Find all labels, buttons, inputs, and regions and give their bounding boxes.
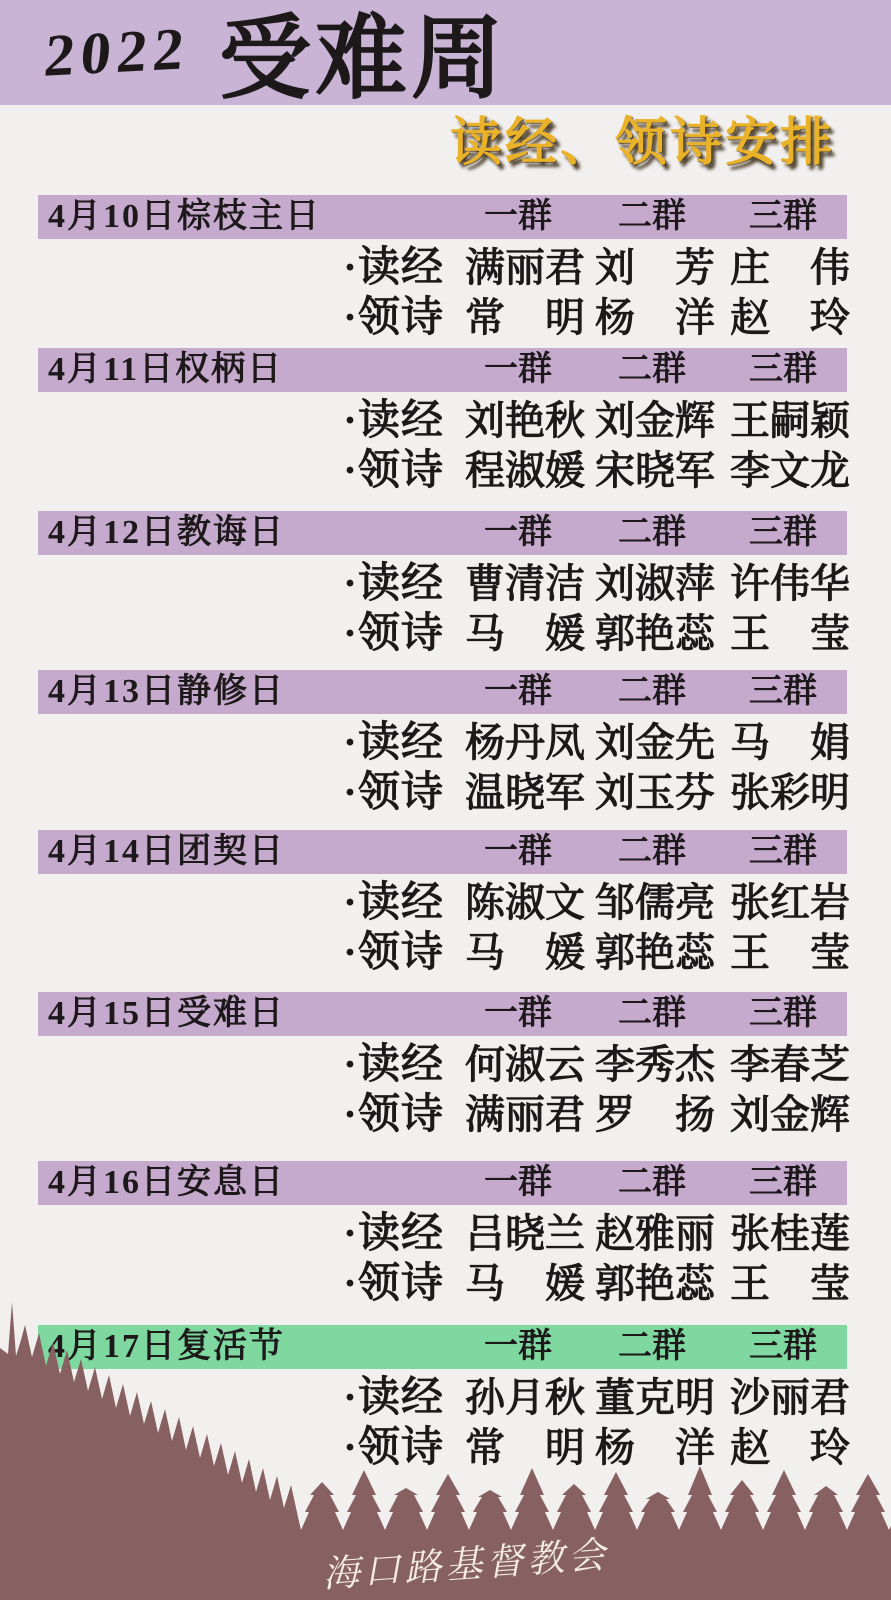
section-date: 4月12日教诲日 [48, 511, 285, 555]
schedule-section: 4月15日受难日 一群 二群 三群 ·读经 何淑云 李秀杰 李春芝 ·领诗 满丽… [0, 992, 891, 1152]
section-header-bar: 4月13日静修日 一群 二群 三群 [38, 670, 847, 714]
hymn-label: ·领诗 [343, 928, 444, 978]
poster-canvas: 2022 受难周 读经、领诗安排 4月10日棕枝主日 一群 二群 三群 ·读经 … [0, 0, 891, 1600]
hymn-label: ·领诗 [343, 768, 444, 818]
section-header-bar: 4月16日安息日 一群 二群 三群 [38, 1161, 847, 1205]
reading-name-group3: 王嗣颖 [705, 396, 875, 446]
group-header-2: 二群 [587, 1161, 717, 1205]
schedule-section: 4月17日复活节 一群 二群 三群 ·读经 孙月秋 董克明 沙丽君 ·领诗 常 … [0, 1325, 891, 1485]
reading-label: ·读经 [343, 1040, 444, 1090]
section-header-bar: 4月10日棕枝主日 一群 二群 三群 [38, 195, 847, 239]
hymn-name-group3: 王 莹 [705, 928, 875, 978]
reading-name-group3: 庄 伟 [705, 243, 875, 293]
group-header-2: 二群 [587, 670, 717, 714]
schedule-section: 4月11日权柄日 一群 二群 三群 ·读经 刘艳秋 刘金辉 王嗣颖 ·领诗 程淑… [0, 348, 891, 508]
group-header-3: 三群 [718, 1161, 848, 1205]
scripture-reading-row: ·读经 曹清洁 刘淑萍 许伟华 [0, 559, 891, 609]
schedule-section: 4月10日棕枝主日 一群 二群 三群 ·读经 满丽君 刘 芳 庄 伟 ·领诗 常… [0, 195, 891, 355]
reading-name-group3: 李春芝 [705, 1040, 875, 1090]
reading-name-group3: 张桂莲 [705, 1209, 875, 1259]
group-header-2: 二群 [587, 511, 717, 555]
hymn-label: ·领诗 [343, 1090, 444, 1140]
section-header-bar: 4月17日复活节 一群 二群 三群 [38, 1325, 847, 1369]
hymn-label: ·领诗 [343, 1423, 444, 1473]
hymn-leading-row: ·领诗 马 媛 郭艳蕊 王 莹 [0, 609, 891, 659]
section-date: 4月13日静修日 [48, 670, 285, 714]
section-date: 4月15日受难日 [48, 992, 285, 1036]
section-date: 4月10日棕枝主日 [48, 195, 321, 239]
scripture-reading-row: ·读经 杨丹凤 刘金先 马 娟 [0, 718, 891, 768]
group-header-3: 三群 [718, 348, 848, 392]
group-header-2: 二群 [587, 1325, 717, 1369]
section-header-bar: 4月15日受难日 一群 二群 三群 [38, 992, 847, 1036]
hymn-leading-row: ·领诗 常 明 杨 洋 赵 玲 [0, 293, 891, 343]
group-header-1: 一群 [453, 1161, 583, 1205]
section-date: 4月17日复活节 [48, 1325, 285, 1369]
hymn-name-group3: 张彩明 [705, 768, 875, 818]
section-date: 4月11日权柄日 [48, 348, 283, 392]
hymn-label: ·领诗 [343, 609, 444, 659]
hymn-leading-row: ·领诗 马 媛 郭艳蕊 王 莹 [0, 928, 891, 978]
group-header-1: 一群 [453, 670, 583, 714]
schedule-sections: 4月10日棕枝主日 一群 二群 三群 ·读经 满丽君 刘 芳 庄 伟 ·领诗 常… [0, 0, 891, 1600]
group-header-2: 二群 [587, 992, 717, 1036]
hymn-name-group3: 赵 玲 [705, 293, 875, 343]
hymn-leading-row: ·领诗 满丽君 罗 扬 刘金辉 [0, 1090, 891, 1140]
group-header-1: 一群 [453, 830, 583, 874]
scripture-reading-row: ·读经 吕晓兰 赵雅丽 张桂莲 [0, 1209, 891, 1259]
group-header-1: 一群 [453, 992, 583, 1036]
reading-name-group3: 沙丽君 [705, 1373, 875, 1423]
group-header-3: 三群 [718, 670, 848, 714]
reading-name-group3: 马 娟 [705, 718, 875, 768]
section-date: 4月16日安息日 [48, 1161, 285, 1205]
group-header-1: 一群 [453, 348, 583, 392]
reading-name-group3: 许伟华 [705, 559, 875, 609]
group-header-3: 三群 [718, 992, 848, 1036]
section-header-bar: 4月14日团契日 一群 二群 三群 [38, 830, 847, 874]
group-header-3: 三群 [718, 830, 848, 874]
page-title: 2022 受难周 [45, 0, 507, 105]
hymn-name-group3: 李文龙 [705, 446, 875, 496]
hymn-label: ·领诗 [343, 293, 444, 343]
hymn-name-group3: 赵 玲 [705, 1423, 875, 1473]
group-header-3: 三群 [718, 1325, 848, 1369]
group-header-2: 二群 [587, 348, 717, 392]
page-subtitle: 读经、领诗安排 [450, 100, 835, 175]
hymn-leading-row: ·领诗 常 明 杨 洋 赵 玲 [0, 1423, 891, 1473]
group-header-2: 二群 [587, 830, 717, 874]
hymn-leading-row: ·领诗 程淑媛 宋晓军 李文龙 [0, 446, 891, 496]
hymn-name-group3: 刘金辉 [705, 1090, 875, 1140]
schedule-section: 4月16日安息日 一群 二群 三群 ·读经 吕晓兰 赵雅丽 张桂莲 ·领诗 马 … [0, 1161, 891, 1321]
reading-label: ·读经 [343, 1373, 444, 1423]
section-date: 4月14日团契日 [48, 830, 285, 874]
hymn-name-group3: 王 莹 [705, 609, 875, 659]
reading-name-group3: 张红岩 [705, 878, 875, 928]
reading-label: ·读经 [343, 1209, 444, 1259]
group-header-1: 一群 [453, 511, 583, 555]
hymn-name-group3: 王 莹 [705, 1259, 875, 1309]
scripture-reading-row: ·读经 刘艳秋 刘金辉 王嗣颖 [0, 396, 891, 446]
group-header-2: 二群 [587, 195, 717, 239]
group-header-3: 三群 [718, 511, 848, 555]
reading-label: ·读经 [343, 396, 444, 446]
reading-label: ·读经 [343, 718, 444, 768]
reading-label: ·读经 [343, 878, 444, 928]
scripture-reading-row: ·读经 陈淑文 邹儒亮 张红岩 [0, 878, 891, 928]
hymn-leading-row: ·领诗 温晓军 刘玉芬 张彩明 [0, 768, 891, 818]
group-header-3: 三群 [718, 195, 848, 239]
section-header-bar: 4月11日权柄日 一群 二群 三群 [38, 348, 847, 392]
scripture-reading-row: ·读经 孙月秋 董克明 沙丽君 [0, 1373, 891, 1423]
schedule-section: 4月14日团契日 一群 二群 三群 ·读经 陈淑文 邹儒亮 张红岩 ·领诗 马 … [0, 830, 891, 990]
hymn-label: ·领诗 [343, 446, 444, 496]
section-header-bar: 4月12日教诲日 一群 二群 三群 [38, 511, 847, 555]
reading-label: ·读经 [343, 243, 444, 293]
schedule-section: 4月13日静修日 一群 二群 三群 ·读经 杨丹凤 刘金先 马 娟 ·领诗 温晓… [0, 670, 891, 830]
page-title-year: 2022 [42, 14, 193, 90]
scripture-reading-row: ·读经 满丽君 刘 芳 庄 伟 [0, 243, 891, 293]
hymn-leading-row: ·领诗 马 媛 郭艳蕊 王 莹 [0, 1259, 891, 1309]
group-header-1: 一群 [453, 195, 583, 239]
group-header-1: 一群 [453, 1325, 583, 1369]
scripture-reading-row: ·读经 何淑云 李秀杰 李春芝 [0, 1040, 891, 1090]
hymn-label: ·领诗 [343, 1259, 444, 1309]
schedule-section: 4月12日教诲日 一群 二群 三群 ·读经 曹清洁 刘淑萍 许伟华 ·领诗 马 … [0, 511, 891, 671]
reading-label: ·读经 [343, 559, 444, 609]
